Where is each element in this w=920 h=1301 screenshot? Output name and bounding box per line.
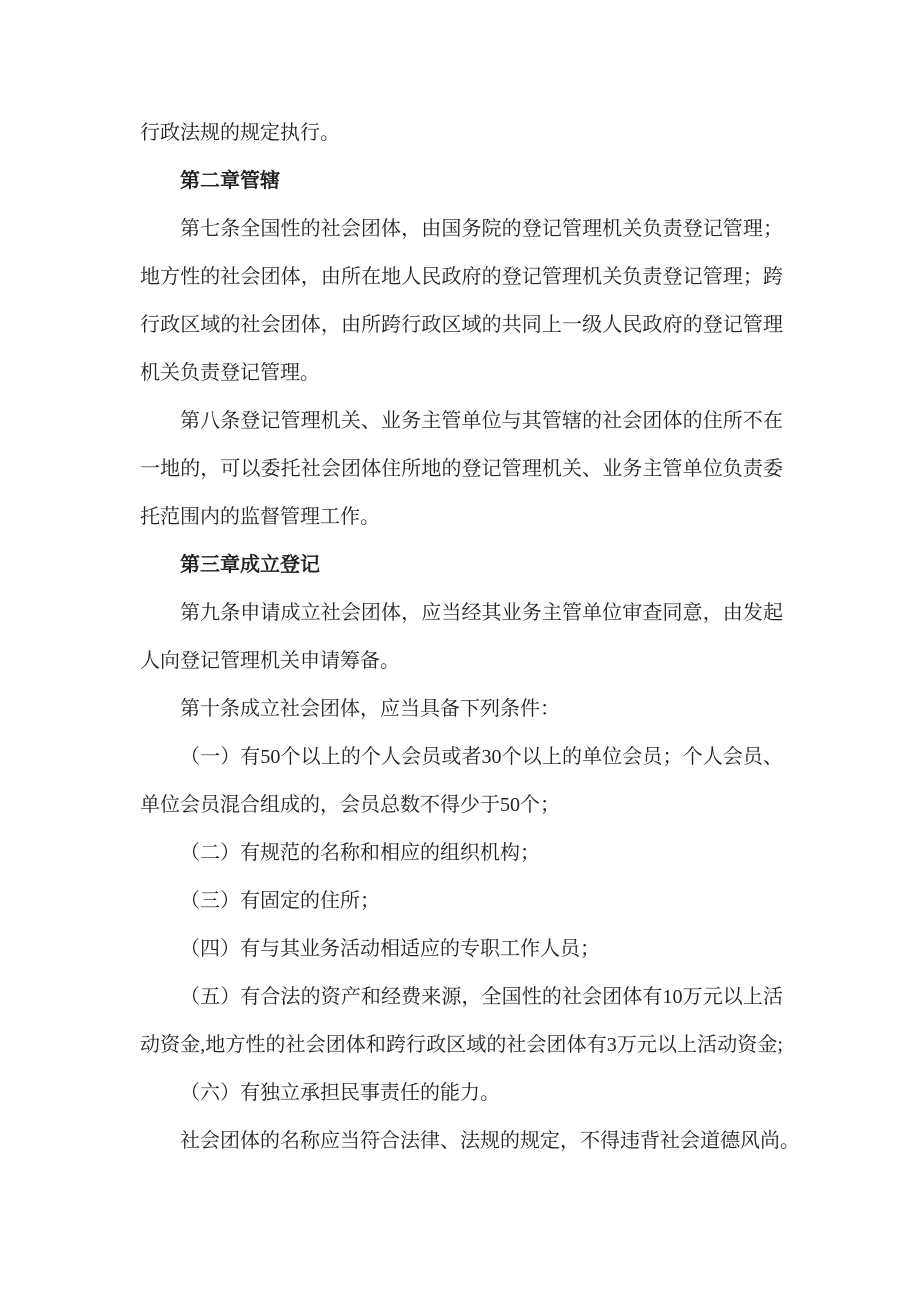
body-text-line: （一）有50个以上的个人会员或者30个以上的单位会员；个人会员、 <box>140 733 783 781</box>
body-text-line: 第九条申请成立社会团体，应当经其业务主管单位审查同意，由发起 <box>140 589 783 637</box>
body-text-line: 社会团体的名称应当符合法律、法规的规定，不得违背社会道德风尚。 <box>140 1117 783 1165</box>
chapter-heading: 第三章成立登记 <box>140 541 783 589</box>
body-text-line: 人向登记管理机关申请筹备。 <box>140 637 783 685</box>
body-text-line: 地方性的社会团体，由所在地人民政府的登记管理机关负责登记管理；跨 <box>140 253 783 301</box>
body-text-line: （六）有独立承担民事责任的能力。 <box>140 1069 783 1117</box>
body-text-line: 第七条全国性的社会团体，由国务院的登记管理机关负责登记管理； <box>140 205 783 253</box>
body-text-line: （五）有合法的资产和经费来源，全国性的社会团体有10万元以上活 <box>140 973 783 1021</box>
body-text-line: 机关负责登记管理。 <box>140 349 783 397</box>
body-text-line: 动资金,地方性的社会团体和跨行政区域的社会团体有3万元以上活动资金; <box>140 1021 783 1069</box>
body-text-line: （二）有规范的名称和相应的组织机构； <box>140 829 783 877</box>
body-text-line: （三）有固定的住所； <box>140 877 783 925</box>
document-body: 行政法规的规定执行。第二章管辖第七条全国性的社会团体，由国务院的登记管理机关负责… <box>140 109 783 1165</box>
body-text-line: 单位会员混合组成的，会员总数不得少于50个； <box>140 781 783 829</box>
body-text-line: 行政区域的社会团体，由所跨行政区域的共同上一级人民政府的登记管理 <box>140 301 783 349</box>
body-text-line: 托范围内的监督管理工作。 <box>140 493 783 541</box>
body-text-line: 第十条成立社会团体，应当具备下列条件： <box>140 685 783 733</box>
body-text-line: 第八条登记管理机关、业务主管单位与其管辖的社会团体的住所不在 <box>140 397 783 445</box>
chapter-heading: 第二章管辖 <box>140 157 783 205</box>
document-page: 行政法规的规定执行。第二章管辖第七条全国性的社会团体，由国务院的登记管理机关负责… <box>0 0 920 1301</box>
body-text-line: 行政法规的规定执行。 <box>140 109 783 157</box>
body-text-line: 一地的，可以委托社会团体住所地的登记管理机关、业务主管单位负责委 <box>140 445 783 493</box>
body-text-line: （四）有与其业务活动相适应的专职工作人员； <box>140 925 783 973</box>
